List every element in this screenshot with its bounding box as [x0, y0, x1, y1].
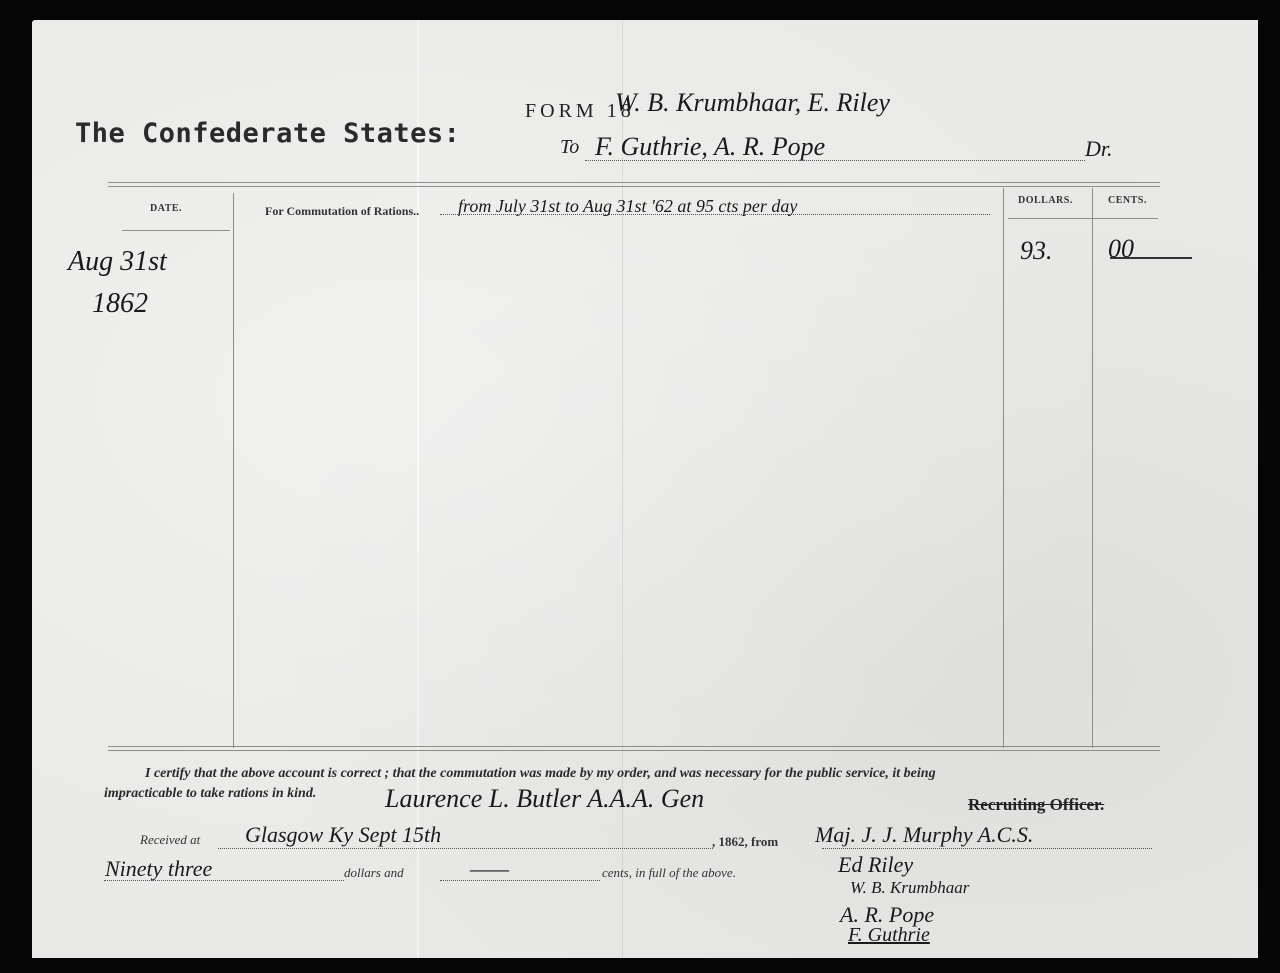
claimants-line-1: W. B. Krumbhaar, E. Riley: [615, 88, 890, 118]
cents-dotted-line: [440, 880, 600, 881]
column-header-description: For Commutation of Rations..: [265, 204, 419, 219]
claimants-line-2: F. Guthrie, A. R. Pope: [595, 132, 825, 162]
table-top-rule: [108, 182, 1160, 183]
to-dotted-line: [585, 160, 1085, 161]
receipt-from-name: Maj. J. J. Murphy A.C.S.: [815, 822, 1033, 848]
signature-4: F. Guthrie: [848, 924, 930, 947]
certifying-officer-signature: Laurence L. Butler A.A.A. Gen: [385, 784, 704, 814]
certification-text-line-2: impracticable to take rations in kind.: [104, 786, 316, 802]
receipt-place-date: Glasgow Ky Sept 15th: [245, 822, 441, 848]
cents-column-divider: [1092, 188, 1093, 748]
entry-date-line-2: 1862: [92, 288, 148, 320]
dollars-and-label: dollars and: [344, 865, 404, 881]
dollars-column-divider: [1003, 188, 1004, 748]
amount-header-rule: [1008, 218, 1158, 219]
table-bottom-rule: [108, 746, 1160, 747]
table-top-rule: [108, 186, 1160, 187]
date-column-divider: [233, 193, 234, 748]
column-header-dollars: DOLLARS.: [1018, 195, 1073, 206]
amount-dollars: 93.: [1020, 236, 1053, 266]
to-label: To: [560, 136, 579, 159]
cents-in-full-label: cents, in full of the above.: [602, 865, 736, 881]
received-at-dotted-line: [218, 848, 713, 849]
description-dotted-line: [440, 214, 990, 215]
signature-1: Ed Riley: [838, 852, 913, 878]
column-header-date: DATE.: [150, 203, 182, 214]
amount-cents: 00: [1108, 234, 1134, 264]
entry-date-line-1: Aug 31st: [68, 246, 167, 278]
date-header-rule: [122, 230, 230, 231]
receipt-year-from: , 1862, from: [712, 834, 778, 850]
receipt-cents-value: ——: [470, 856, 509, 882]
document-title: The Confederate States:: [75, 118, 460, 149]
paper-fold: [417, 20, 419, 958]
cents-underline: [1110, 257, 1192, 259]
received-at-label: Received at: [140, 832, 200, 848]
certification-text-line-1: I certify that the above account is corr…: [145, 766, 936, 782]
table-bottom-rule: [108, 750, 1160, 751]
debtor-suffix: Dr.: [1085, 136, 1113, 162]
struck-title-recruiting-officer: Recruiting Officer.: [968, 795, 1104, 815]
amount-in-words: Ninety three: [105, 856, 212, 882]
signature-2: W. B. Krumbhaar: [850, 878, 969, 898]
column-header-cents: CENTS.: [1108, 195, 1147, 206]
from-dotted-line: [822, 848, 1152, 849]
